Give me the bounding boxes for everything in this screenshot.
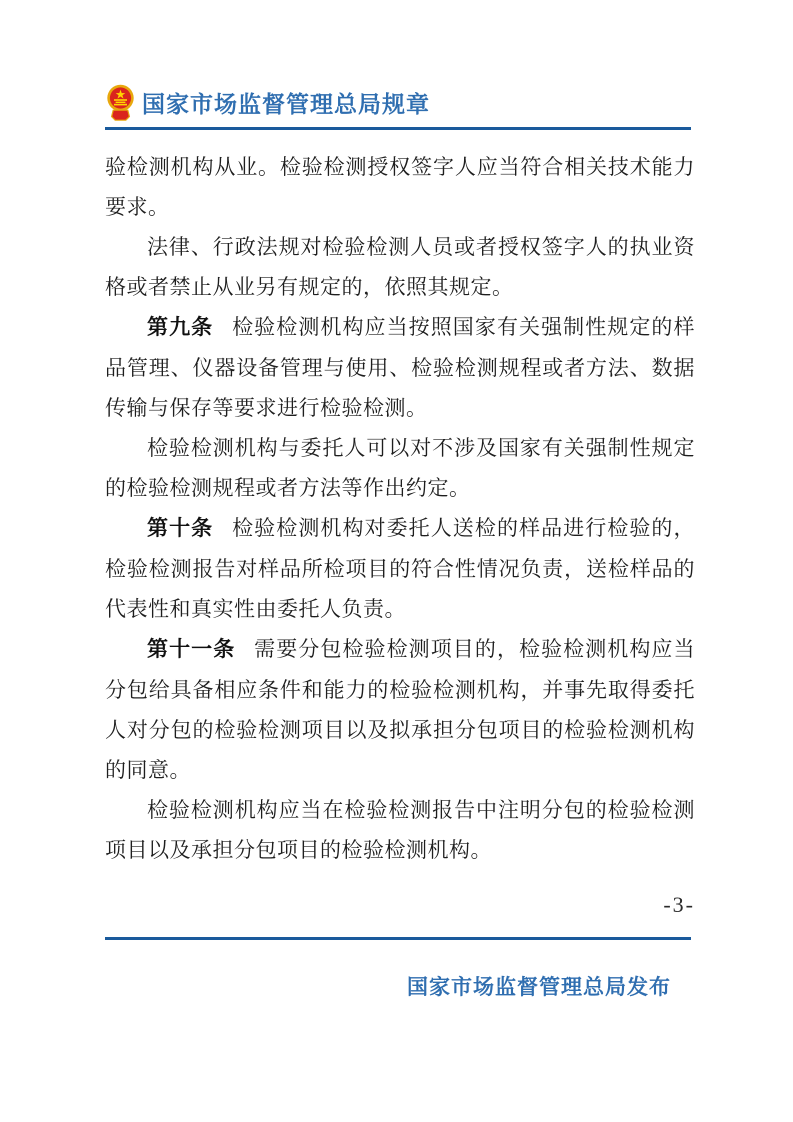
- article-number: 第十条: [147, 517, 213, 540]
- article-number: 第九条: [147, 316, 213, 339]
- national-emblem-icon: [105, 84, 136, 121]
- document-body: 验检测机构从业。检验检测授权签字人应当符合相关技术能力要求。法律、行政法规对检验…: [105, 147, 695, 870]
- footer-rule: [105, 937, 691, 940]
- page-number: -3-: [105, 892, 695, 918]
- paragraph: 验检测机构从业。检验检测授权签字人应当符合相关技术能力要求。: [105, 147, 695, 227]
- document-page: 国家市场监督管理总局规章 验检测机构从业。检验检测授权签字人应当符合相关技术能力…: [0, 0, 793, 1122]
- paragraph: 第十条检验检测机构对委托人送检的样品进行检验的，检验检测报告对样品所检项目的符合…: [105, 508, 695, 629]
- paragraph: 第九条检验检测机构应当按照国家有关强制性规定的样品管理、仪器设备管理与使用、检验…: [105, 307, 695, 428]
- document-series-title: 国家市场监督管理总局规章: [142, 86, 430, 119]
- document-header: 国家市场监督管理总局规章: [105, 84, 691, 130]
- paragraph: 检验检测机构与委托人可以对不涉及国家有关强制性规定的检验检测规程或者方法等作出约…: [105, 428, 695, 508]
- publisher-line: 国家市场监督管理总局发布: [105, 971, 695, 1001]
- paragraph: 第十一条需要分包检验检测项目的，检验检测机构应当分包给具备相应条件和能力的检验检…: [105, 629, 695, 790]
- article-number: 第十一条: [147, 638, 235, 661]
- paragraph: 法律、行政法规对检验检测人员或者授权签字人的执业资格或者禁止从业另有规定的，依照…: [105, 227, 695, 307]
- paragraph: 检验检测机构应当在检验检测报告中注明分包的检验检测项目以及承担分包项目的检验检测…: [105, 790, 695, 870]
